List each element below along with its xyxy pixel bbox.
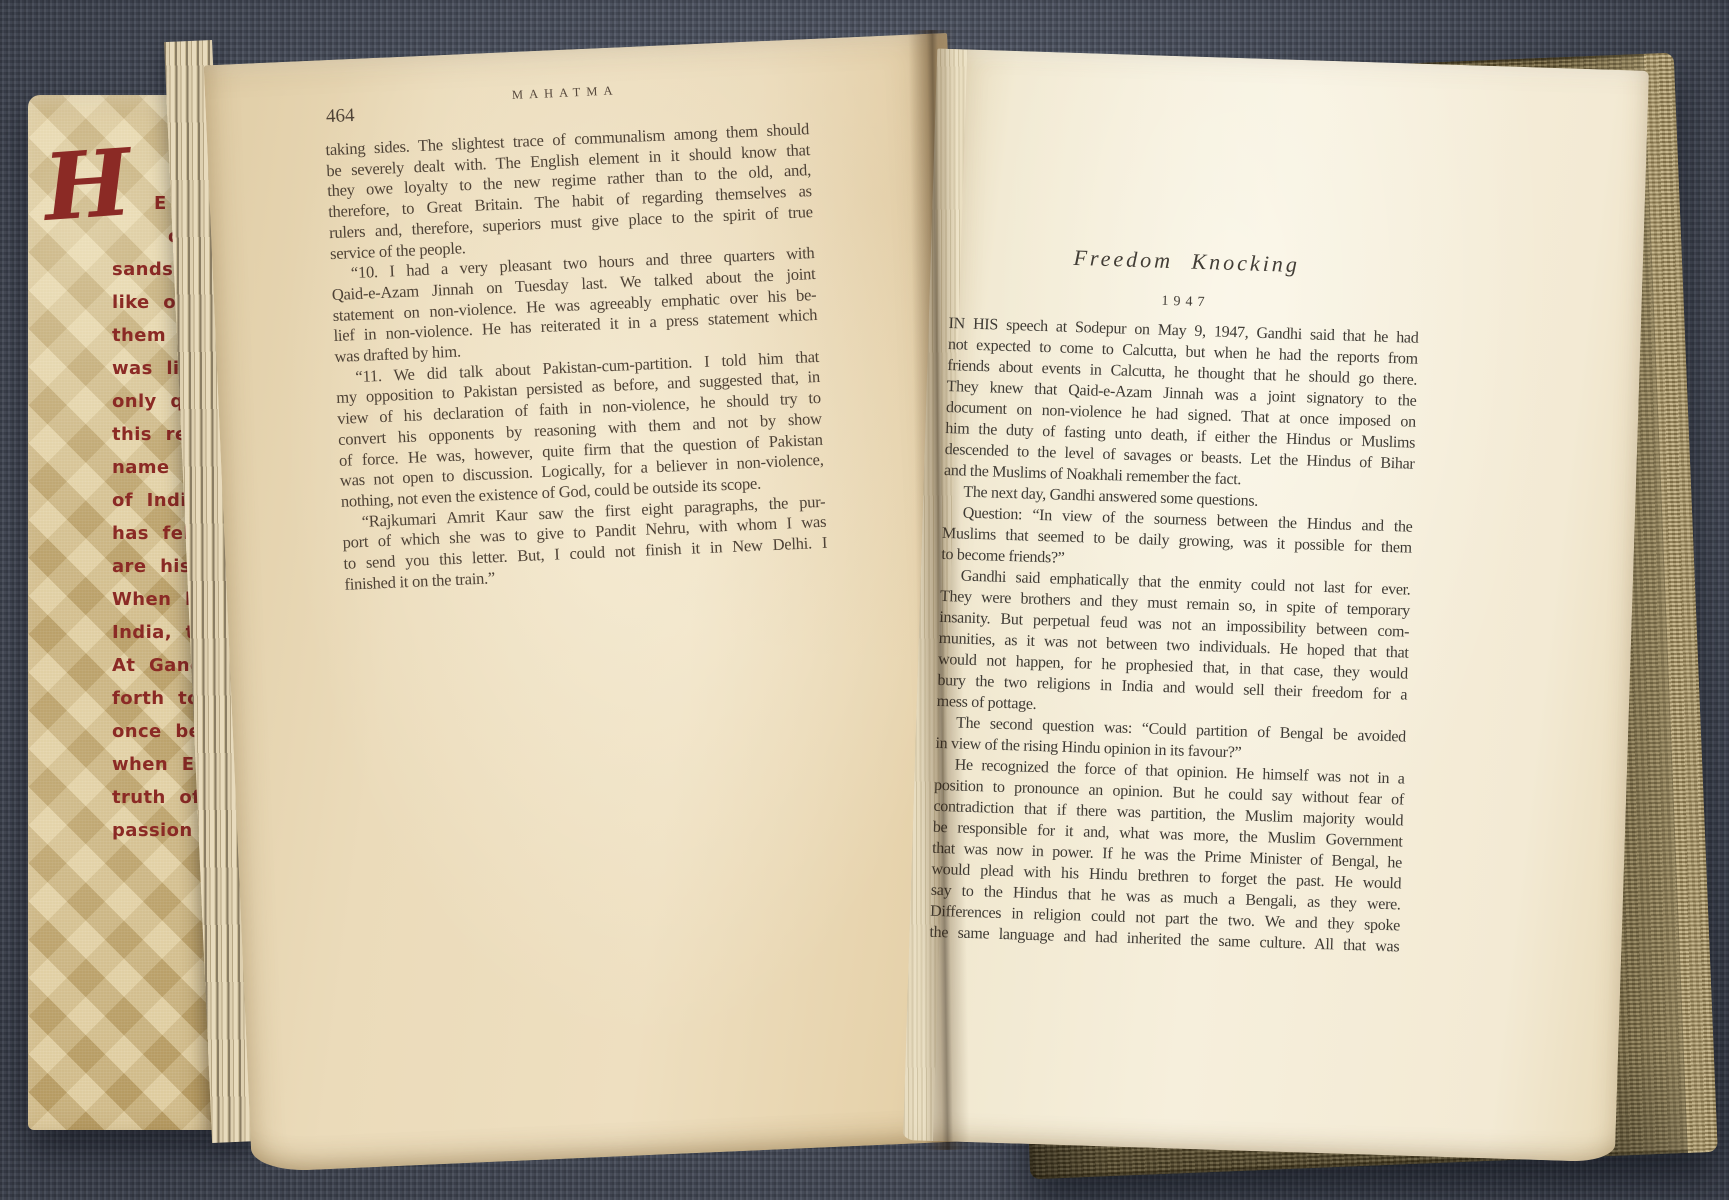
open-book-photo: H E stoof tsands oflike one ofthem in th… [0, 0, 1729, 1200]
chapter-title: Freedom Knocking [950, 241, 1423, 282]
running-header: MAHATMA [323, 75, 807, 111]
right-page: Freedom Knocking 1947 IN HIS speech at S… [903, 49, 1649, 1163]
right-page-body: IN HIS speech at Sodepur on May 9, 1947,… [929, 313, 1419, 957]
left-page: 464 MAHATMA taking sides. The slightest … [204, 33, 996, 1172]
left-page-body: taking sides. The slightest trace of com… [325, 119, 828, 595]
chapter-year: 1947 [949, 287, 1421, 318]
